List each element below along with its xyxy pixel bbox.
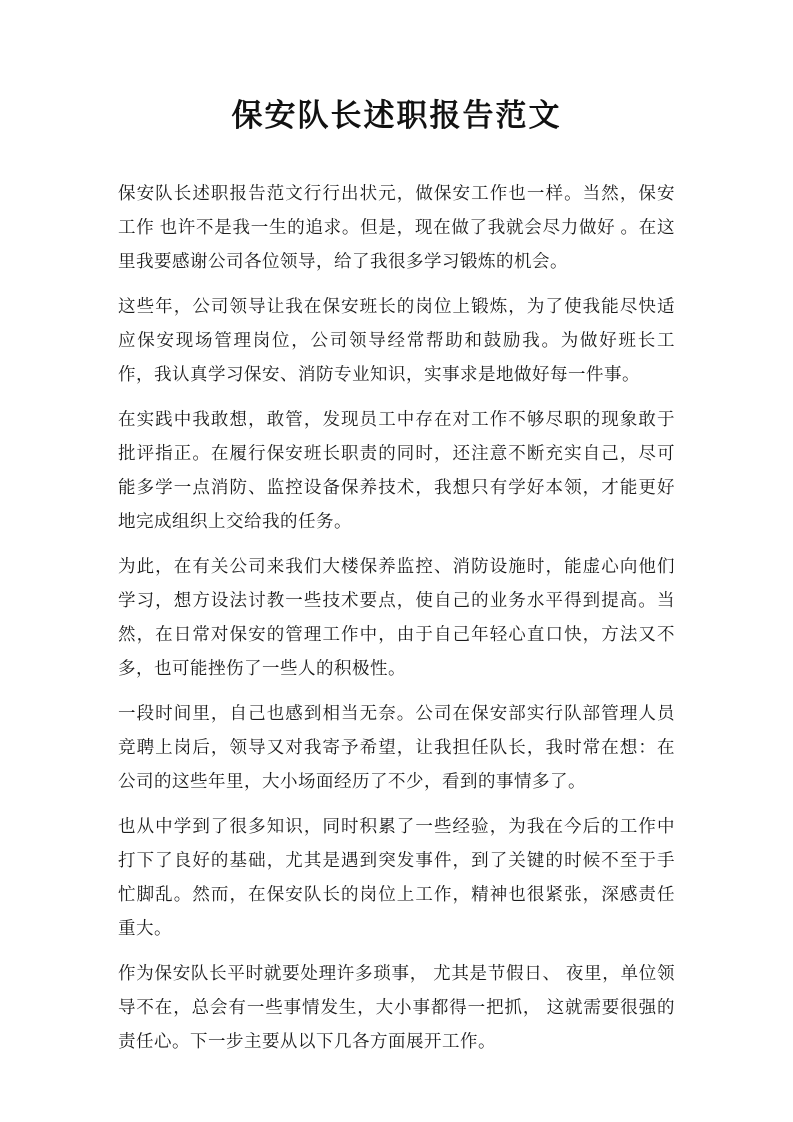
paragraph: 也从中学到了很多知识，同时积累了一些经验，为我在今后的工作中打下了良好的基础，尤… <box>118 809 675 945</box>
paragraph: 保安队长述职报告范文行行出状元，做保安工作也一样。当然，保安工作 也许不是我一生… <box>118 176 675 278</box>
document-page: 保安队长述职报告范文 保安队长述职报告范文行行出状元，做保安工作也一样。当然，保… <box>0 0 793 1122</box>
paragraph: 这些年，公司领导让我在保安班长的岗位上锻炼，为了使我能尽快适应保安现场管理岗位，… <box>118 289 675 391</box>
paragraph: 作为保安队长平时就要处理许多琐事， 尤其是节假日、 夜里，单位领导不在，总会有一… <box>118 956 675 1058</box>
paragraph: 为此，在有关公司来我们大楼保养监控、消防设施时，能虚心向他们学习，想方设法讨教一… <box>118 549 675 685</box>
paragraph: 在实践中我敢想，敢管，发现员工中存在对工作不够尽职的现象敢于批评指正。在履行保安… <box>118 402 675 538</box>
page-title: 保安队长述职报告范文 <box>0 97 793 134</box>
document-body: 保安队长述职报告范文行行出状元，做保安工作也一样。当然，保安工作 也许不是我一生… <box>118 176 675 1058</box>
paragraph: 一段时间里，自己也感到相当无奈。公司在保安部实行队部管理人员竞聘上岗后，领导又对… <box>118 696 675 798</box>
